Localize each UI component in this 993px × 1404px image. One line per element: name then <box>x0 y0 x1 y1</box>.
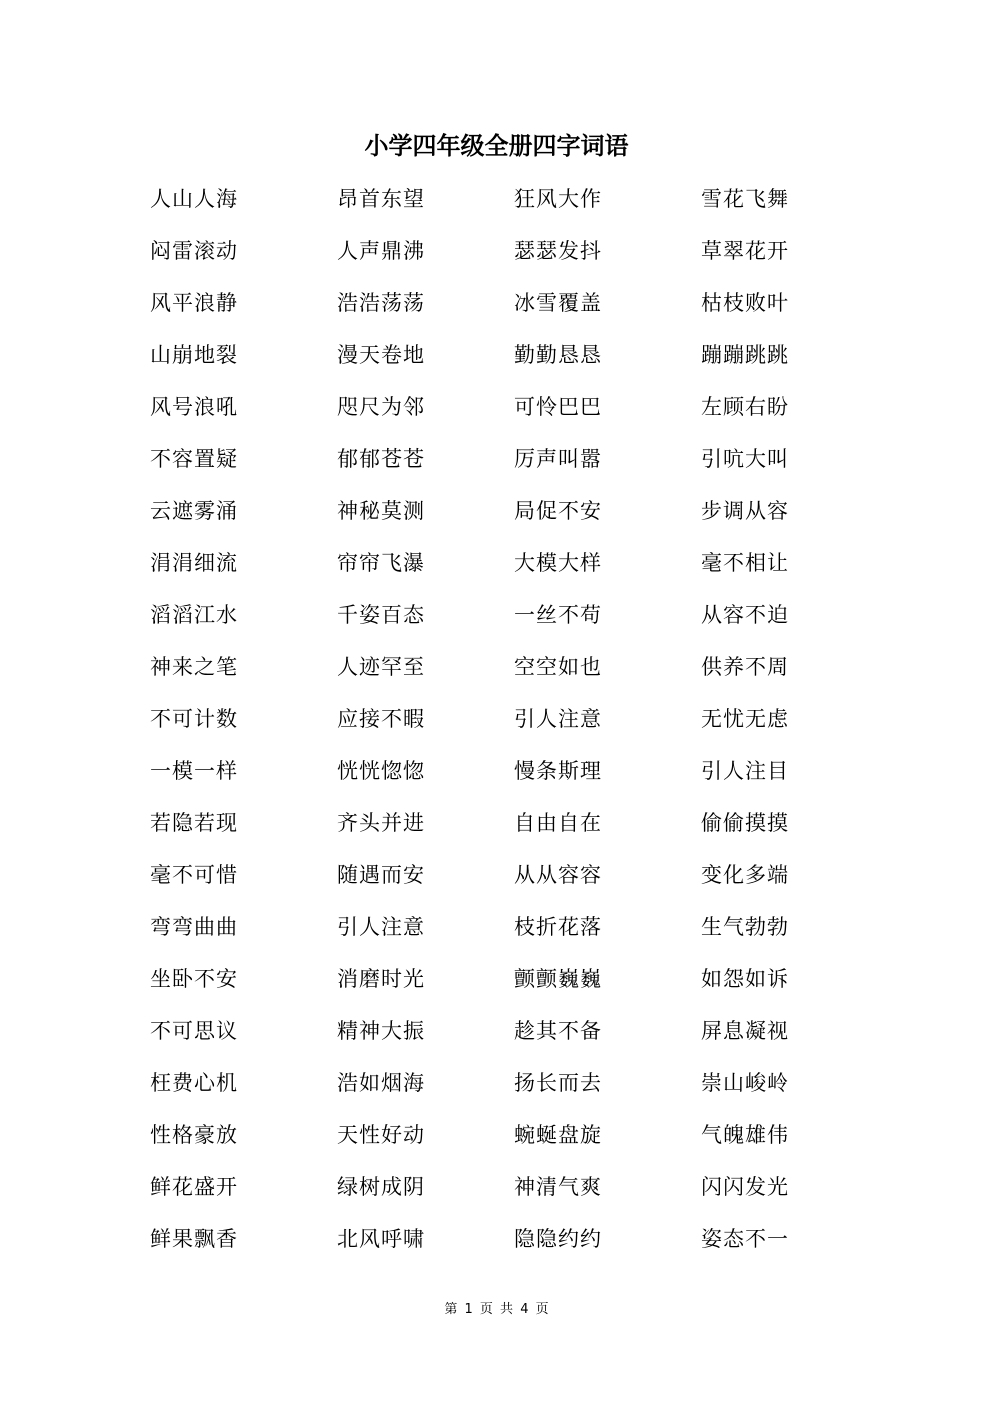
idiom-word: 引人注意 <box>514 700 602 738</box>
idiom-word: 鲜果飘香 <box>150 1220 238 1258</box>
word-row: 鲜果飘香北风呼啸隐隐约约姿态不一 <box>0 1220 993 1272</box>
idiom-word: 自由自在 <box>514 804 602 842</box>
idiom-word: 随遇而安 <box>337 856 425 894</box>
idiom-word: 涓涓细流 <box>150 544 238 582</box>
idiom-word: 浩浩荡荡 <box>337 284 425 322</box>
word-row: 鲜花盛开绿树成阴神清气爽闪闪发光 <box>0 1168 993 1220</box>
idiom-word: 变化多端 <box>701 856 789 894</box>
idiom-word: 神清气爽 <box>514 1168 602 1206</box>
idiom-word: 毫不相让 <box>701 544 789 582</box>
idiom-word: 厉声叫嚣 <box>514 440 602 478</box>
word-row: 山崩地裂漫天卷地勤勤恳恳蹦蹦跳跳 <box>0 336 993 388</box>
idiom-word: 蹦蹦跳跳 <box>701 336 789 374</box>
idiom-word: 从从容容 <box>514 856 602 894</box>
idiom-word: 消磨时光 <box>337 960 425 998</box>
idiom-word: 草翠花开 <box>701 232 789 270</box>
idiom-word: 不可思议 <box>150 1012 238 1050</box>
idiom-word: 颤颤巍巍 <box>514 960 602 998</box>
word-row: 坐卧不安消磨时光颤颤巍巍如怨如诉 <box>0 960 993 1012</box>
word-row: 性格豪放天性好动蜿蜒盘旋气魄雄伟 <box>0 1116 993 1168</box>
idiom-word: 若隐若现 <box>150 804 238 842</box>
idiom-word: 人山人海 <box>150 180 238 218</box>
idiom-word: 步调从容 <box>701 492 789 530</box>
idiom-word: 崇山峻岭 <box>701 1064 789 1102</box>
idiom-word: 郁郁苍苍 <box>337 440 425 478</box>
idiom-word: 一丝不苟 <box>514 596 602 634</box>
word-row: 不可思议精神大振趁其不备屏息凝视 <box>0 1012 993 1064</box>
idiom-word: 引人注意 <box>337 908 425 946</box>
idiom-word: 云遮雾涌 <box>150 492 238 530</box>
word-row: 闷雷滚动人声鼎沸瑟瑟发抖草翠花开 <box>0 232 993 284</box>
idiom-word: 神来之笔 <box>150 648 238 686</box>
idiom-word: 雪花飞舞 <box>701 180 789 218</box>
idiom-word: 神秘莫测 <box>337 492 425 530</box>
idiom-word: 屏息凝视 <box>701 1012 789 1050</box>
word-row: 若隐若现齐头并进自由自在偷偷摸摸 <box>0 804 993 856</box>
idiom-word: 风平浪静 <box>150 284 238 322</box>
idiom-word: 不可计数 <box>150 700 238 738</box>
idiom-word: 可怜巴巴 <box>514 388 602 426</box>
idiom-word: 闷雷滚动 <box>150 232 238 270</box>
idiom-word: 人迹罕至 <box>337 648 425 686</box>
idiom-word: 大模大样 <box>514 544 602 582</box>
idiom-word: 浩如烟海 <box>337 1064 425 1102</box>
idiom-word: 无忧无虑 <box>701 700 789 738</box>
page-footer: 第 1 页 共 4 页 <box>0 1300 993 1320</box>
idiom-word: 引吭大叫 <box>701 440 789 478</box>
idiom-word: 枝折花落 <box>514 908 602 946</box>
idiom-word: 毫不可惜 <box>150 856 238 894</box>
idiom-word: 从容不迫 <box>701 596 789 634</box>
page-title: 小学四年级全册四字词语 <box>0 128 993 164</box>
word-row: 不可计数应接不暇引人注意无忧无虑 <box>0 700 993 752</box>
idiom-word: 偷偷摸摸 <box>701 804 789 842</box>
idiom-word: 趁其不备 <box>514 1012 602 1050</box>
idiom-word: 空空如也 <box>514 648 602 686</box>
word-row: 一模一样恍恍惚惚慢条斯理引人注目 <box>0 752 993 804</box>
word-row: 毫不可惜随遇而安从从容容变化多端 <box>0 856 993 908</box>
idiom-word: 慢条斯理 <box>514 752 602 790</box>
idiom-word: 山崩地裂 <box>150 336 238 374</box>
idiom-word: 应接不暇 <box>337 700 425 738</box>
idiom-word: 供养不周 <box>701 648 789 686</box>
idiom-word: 坐卧不安 <box>150 960 238 998</box>
word-row: 枉费心机浩如烟海扬长而去崇山峻岭 <box>0 1064 993 1116</box>
word-row: 不容置疑郁郁苍苍厉声叫嚣引吭大叫 <box>0 440 993 492</box>
idiom-word: 人声鼎沸 <box>337 232 425 270</box>
word-table: 人山人海昂首东望狂风大作雪花飞舞闷雷滚动人声鼎沸瑟瑟发抖草翠花开风平浪静浩浩荡荡… <box>0 180 993 1272</box>
idiom-word: 冰雪覆盖 <box>514 284 602 322</box>
idiom-word: 昂首东望 <box>337 180 425 218</box>
idiom-word: 蜿蜒盘旋 <box>514 1116 602 1154</box>
word-row: 云遮雾涌神秘莫测局促不安步调从容 <box>0 492 993 544</box>
word-row: 滔滔江水千姿百态一丝不苟从容不迫 <box>0 596 993 648</box>
idiom-word: 滔滔江水 <box>150 596 238 634</box>
word-row: 涓涓细流帘帘飞瀑大模大样毫不相让 <box>0 544 993 596</box>
idiom-word: 勤勤恳恳 <box>514 336 602 374</box>
idiom-word: 千姿百态 <box>337 596 425 634</box>
idiom-word: 姿态不一 <box>701 1220 789 1258</box>
idiom-word: 枯枝败叶 <box>701 284 789 322</box>
idiom-word: 一模一样 <box>150 752 238 790</box>
word-row: 弯弯曲曲引人注意枝折花落生气勃勃 <box>0 908 993 960</box>
idiom-word: 齐头并进 <box>337 804 425 842</box>
word-row: 神来之笔人迹罕至空空如也供养不周 <box>0 648 993 700</box>
idiom-word: 局促不安 <box>514 492 602 530</box>
idiom-word: 性格豪放 <box>150 1116 238 1154</box>
idiom-word: 咫尺为邻 <box>337 388 425 426</box>
idiom-word: 精神大振 <box>337 1012 425 1050</box>
idiom-word: 弯弯曲曲 <box>150 908 238 946</box>
idiom-word: 闪闪发光 <box>701 1168 789 1206</box>
idiom-word: 瑟瑟发抖 <box>514 232 602 270</box>
idiom-word: 不容置疑 <box>150 440 238 478</box>
idiom-word: 天性好动 <box>337 1116 425 1154</box>
idiom-word: 引人注目 <box>701 752 789 790</box>
idiom-word: 绿树成阴 <box>337 1168 425 1206</box>
idiom-word: 扬长而去 <box>514 1064 602 1102</box>
idiom-word: 左顾右盼 <box>701 388 789 426</box>
idiom-word: 恍恍惚惚 <box>337 752 425 790</box>
idiom-word: 北风呼啸 <box>337 1220 425 1258</box>
word-row: 风平浪静浩浩荡荡冰雪覆盖枯枝败叶 <box>0 284 993 336</box>
word-row: 人山人海昂首东望狂风大作雪花飞舞 <box>0 180 993 232</box>
idiom-word: 枉费心机 <box>150 1064 238 1102</box>
idiom-word: 风号浪吼 <box>150 388 238 426</box>
idiom-word: 帘帘飞瀑 <box>337 544 425 582</box>
idiom-word: 生气勃勃 <box>701 908 789 946</box>
idiom-word: 漫天卷地 <box>337 336 425 374</box>
idiom-word: 气魄雄伟 <box>701 1116 789 1154</box>
idiom-word: 如怨如诉 <box>701 960 789 998</box>
idiom-word: 鲜花盛开 <box>150 1168 238 1206</box>
word-row: 风号浪吼咫尺为邻可怜巴巴左顾右盼 <box>0 388 993 440</box>
idiom-word: 隐隐约约 <box>514 1220 602 1258</box>
idiom-word: 狂风大作 <box>514 180 602 218</box>
